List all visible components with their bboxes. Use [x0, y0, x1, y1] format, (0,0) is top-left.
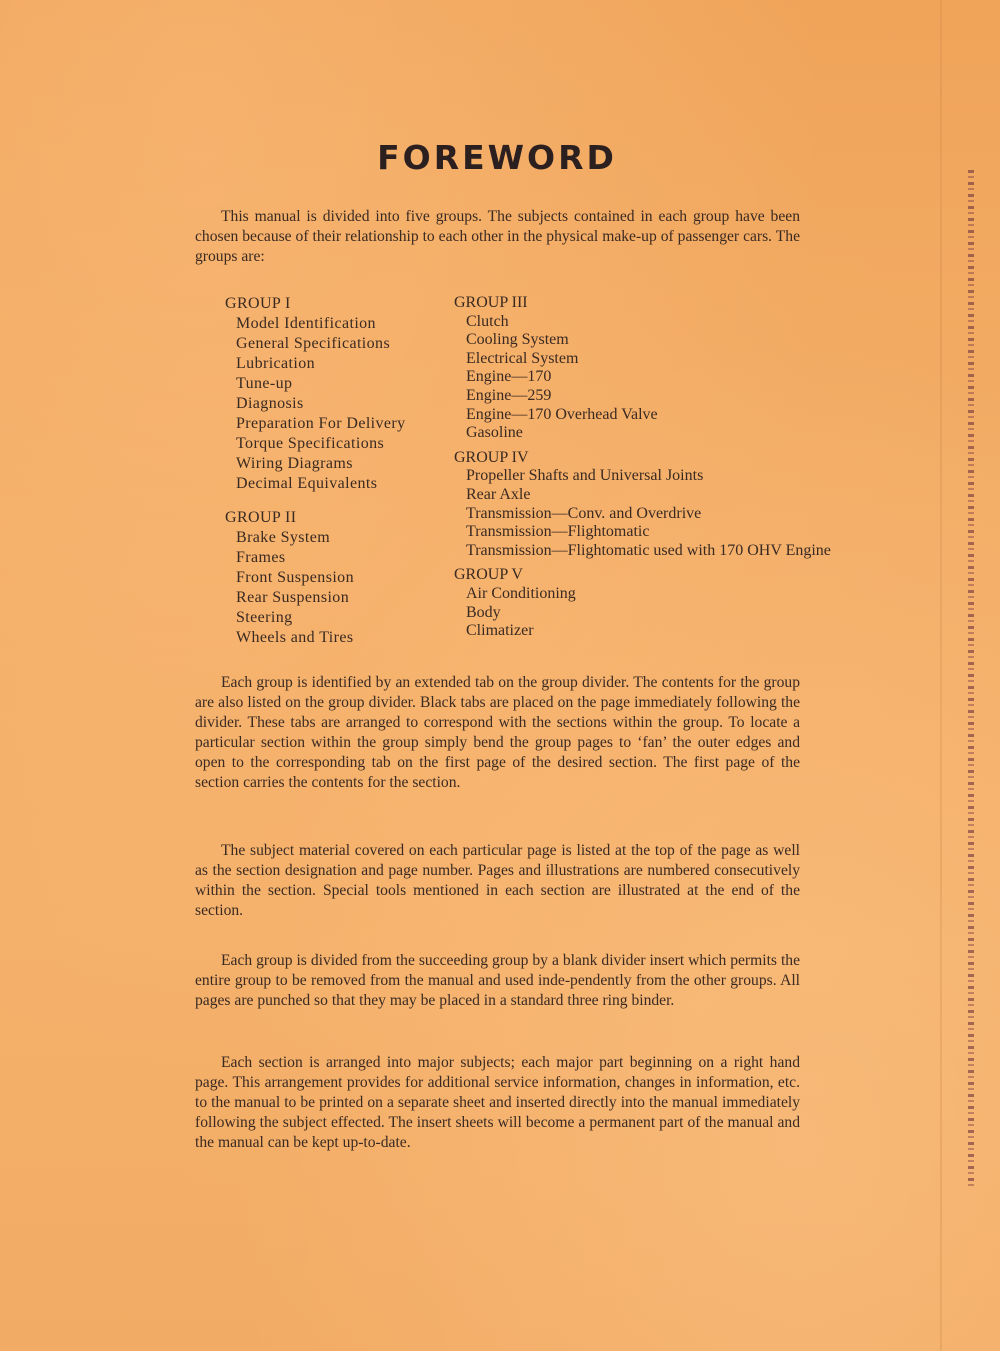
- group-item: Gasoline: [454, 424, 831, 443]
- group-2: GROUP II Brake System Frames Front Suspe…: [225, 508, 406, 648]
- document-page: FOREWORD This manual is divided into fiv…: [0, 0, 1000, 1351]
- group-item: Torque Specifications: [225, 434, 406, 454]
- group-item: Transmission—Flightomatic used with 170 …: [454, 542, 831, 561]
- group-item: Front Suspension: [225, 568, 406, 588]
- page-fold-line: [940, 0, 942, 1351]
- group-item: Transmission—Conv. and Overdrive: [454, 505, 831, 524]
- group-item: Brake System: [225, 528, 406, 548]
- group-item: Cooling System: [454, 331, 831, 350]
- group-item: Climatizer: [454, 622, 831, 641]
- group-item: Propeller Shafts and Universal Joints: [454, 467, 831, 486]
- group-item: Preparation For Delivery: [225, 414, 406, 434]
- group-title: GROUP IV: [454, 449, 831, 468]
- paragraph-page-numbering: The subject material covered on each par…: [195, 841, 800, 921]
- group-item: Air Conditioning: [454, 585, 831, 604]
- group-item: Rear Suspension: [225, 588, 406, 608]
- group-item: Lubrication: [225, 354, 406, 374]
- paragraph-updates: Each section is arranged into major subj…: [195, 1053, 800, 1153]
- group-title: GROUP III: [454, 294, 831, 313]
- group-item: Transmission—Flightomatic: [454, 523, 831, 542]
- group-item: Decimal Equivalents: [225, 474, 406, 494]
- group-item: Wiring Diagrams: [225, 454, 406, 474]
- group-item: Tune-up: [225, 374, 406, 394]
- group-item: Frames: [225, 548, 406, 568]
- group-item: Body: [454, 604, 831, 623]
- group-1: GROUP I Model Identification General Spe…: [225, 294, 406, 494]
- group-item: Engine—170: [454, 368, 831, 387]
- group-item: General Specifications: [225, 334, 406, 354]
- binding-edge-stain: [968, 170, 974, 1190]
- group-item: Rear Axle: [454, 486, 831, 505]
- group-item: Diagnosis: [225, 394, 406, 414]
- group-title: GROUP V: [454, 566, 831, 585]
- groups-column-left: GROUP I Model Identification General Spe…: [225, 294, 406, 662]
- group-3: GROUP III Clutch Cooling System Electric…: [454, 294, 831, 443]
- group-title: GROUP I: [225, 294, 406, 314]
- group-item: Electrical System: [454, 350, 831, 369]
- group-4: GROUP IV Propeller Shafts and Universal …: [454, 449, 831, 561]
- group-item: Steering: [225, 608, 406, 628]
- group-item: Wheels and Tires: [225, 628, 406, 648]
- group-item: Model Identification: [225, 314, 406, 334]
- group-item: Clutch: [454, 313, 831, 332]
- group-5: GROUP V Air Conditioning Body Climatizer: [454, 566, 831, 640]
- groups-column-right: GROUP III Clutch Cooling System Electric…: [454, 294, 831, 647]
- paragraph-tabs: Each group is identified by an extended …: [195, 673, 800, 793]
- group-title: GROUP II: [225, 508, 406, 528]
- group-item: Engine—170 Overhead Valve: [454, 406, 831, 425]
- page-title: FOREWORD: [0, 138, 994, 177]
- intro-paragraph: This manual is divided into five groups.…: [195, 207, 800, 267]
- paragraph-dividers: Each group is divided from the succeedin…: [195, 951, 800, 1011]
- group-item: Engine—259: [454, 387, 831, 406]
